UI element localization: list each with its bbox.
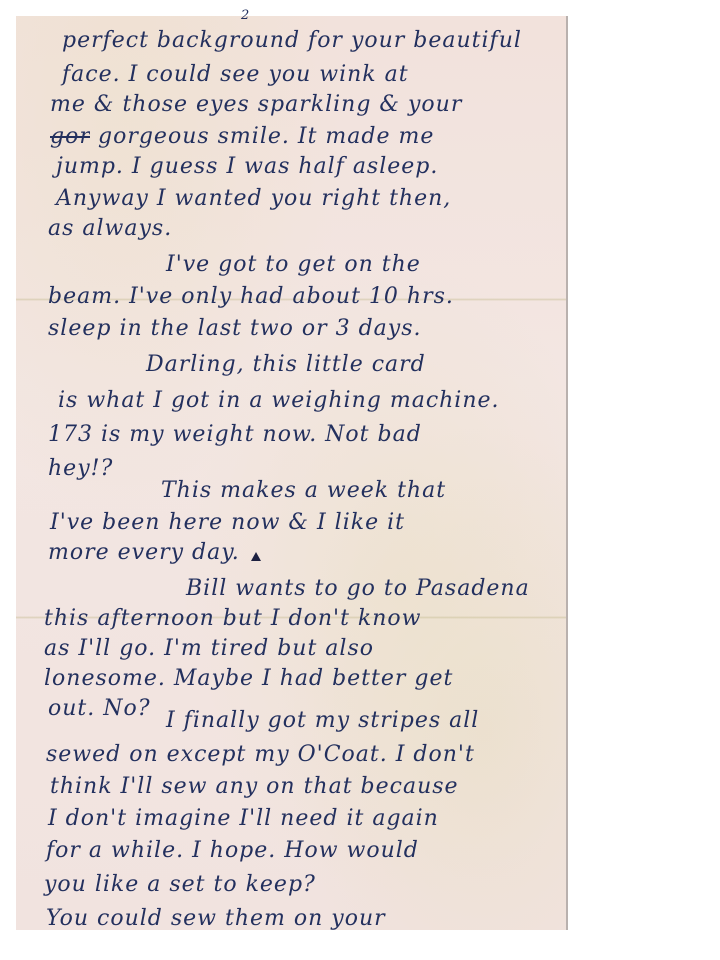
text-line: hey!? xyxy=(48,456,113,481)
text-line: think I'll sew any on that because xyxy=(50,774,459,799)
text-line: This makes a week that xyxy=(161,478,446,503)
triangle-mark-icon xyxy=(251,552,261,561)
text-line: me & those eyes sparkling & your xyxy=(50,92,462,117)
text-line: sewed on except my O'Coat. I don't xyxy=(46,742,475,767)
text-line: Darling, this little card xyxy=(146,352,426,377)
struck-word: gory xyxy=(50,124,90,149)
text-line: more every day. xyxy=(48,540,240,565)
text-line: for a while. I hope. How would xyxy=(46,838,419,863)
text-line: is what I got in a weighing machine. xyxy=(58,388,500,413)
text-line: You could sew them on your xyxy=(46,906,386,931)
text-line: out. No? xyxy=(48,696,151,721)
text-line: gorgeous smile. It made me xyxy=(98,124,434,149)
text-line: beam. I've only had about 10 hrs. xyxy=(48,284,454,309)
page-mark: 2 xyxy=(241,8,250,23)
text-line: I finally got my stripes all xyxy=(166,708,479,733)
handwritten-text: 2 perfect background for your beautiful … xyxy=(16,16,566,930)
text-line: I don't imagine I'll need it again xyxy=(48,806,439,831)
text-line: lonesome. Maybe I had better get xyxy=(44,666,453,691)
text-line: jump. I guess I was half asleep. xyxy=(56,154,438,179)
text-line: Anyway I wanted you right then, xyxy=(56,186,451,211)
text-line: 173 is my weight now. Not bad xyxy=(48,422,422,447)
text-line: as always. xyxy=(48,216,172,241)
text-line: you like a set to keep? xyxy=(44,872,316,897)
text-line: as I'll go. I'm tired but also xyxy=(44,636,374,661)
text-line: this afternoon but I don't know xyxy=(44,606,422,631)
text-line: sleep in the last two or 3 days. xyxy=(48,316,422,341)
text-line: I've been here now & I like it xyxy=(50,510,405,535)
text-line: perfect background for your beautiful xyxy=(62,28,522,53)
letter-page: 2 perfect background for your beautiful … xyxy=(16,16,568,930)
text-line: face. I could see you wink at xyxy=(62,62,409,87)
text-line: I've got to get on the xyxy=(166,252,421,277)
text-line: Bill wants to go to Pasadena xyxy=(186,576,530,601)
